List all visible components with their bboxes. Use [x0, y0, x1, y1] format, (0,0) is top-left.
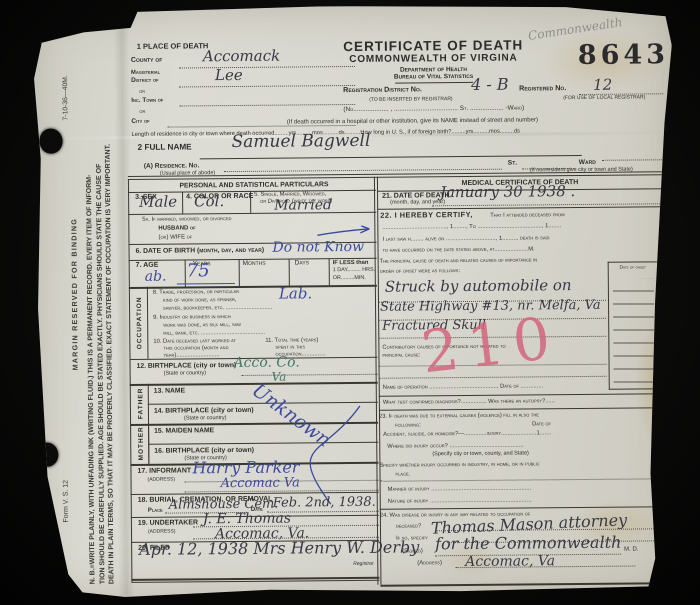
item10-line3: year)........................... — [163, 352, 219, 359]
full-name-line — [200, 155, 582, 159]
registered-no-value: 12 — [593, 78, 612, 93]
item8-value: Lab. — [279, 286, 312, 301]
age-divider-4 — [329, 258, 330, 285]
punch-hole-top — [39, 129, 62, 154]
item16-label: 16. BIRTHPLACE (city or town) — [154, 447, 254, 455]
city-label: City of — [131, 119, 149, 126]
item19-note: (ADDRESS) — [148, 530, 176, 535]
certificate-paper: 7-10-36—40M. MARGIN RESERVED FOR BINDING… — [25, 3, 678, 601]
item12-line — [242, 374, 378, 376]
margin-binding-note: MARGIN RESERVED FOR BINDING — [69, 218, 79, 371]
rule-l172 — [128, 212, 376, 215]
full-name-label: 2 FULL NAME — [138, 143, 192, 152]
item23-where: Where did injury occur? ................… — [387, 443, 523, 450]
item18-date-value: Feb. 2nd, 1938. — [273, 496, 376, 510]
item23-spec1: Specify whether injury occurred in indus… — [379, 461, 539, 468]
title-block: CERTIFICATE OF DEATH COMMONWEALTH OF VIR… — [316, 38, 551, 84]
age-ink-line — [177, 283, 235, 285]
signed-md-label: M. D. — [624, 547, 638, 553]
certificate-number-stamp: 8643 — [578, 39, 669, 71]
rule-l245 — [129, 285, 377, 289]
item15-label: 15. MAIDEN NAME — [154, 427, 214, 435]
item12-value2: Va — [272, 371, 287, 383]
item21-value: January 30 1938 . — [440, 184, 575, 200]
age-days-header: Days — [295, 260, 309, 267]
bureau-label: Bureau of Vital Statistics — [316, 74, 551, 83]
item17-label: 17. INFORMANT — [137, 467, 191, 475]
county-value: Accomack — [203, 49, 280, 65]
arrow-icon — [315, 224, 377, 239]
item19-label: 19. UNDERTAKER — [138, 519, 198, 527]
personal-particulars-title: PERSONAL AND STATISTICAL PARTICULARS — [132, 181, 376, 190]
item17-note: (ADDRESS) — [148, 478, 176, 483]
place-of-death-label: 1 PLACE OF DEATH — [137, 42, 209, 50]
item23-line3: Accident, suicide, or homicide?—........… — [383, 430, 551, 438]
item23-where-note: (Specify city or town, county, and State… — [432, 451, 529, 458]
age-divider-3 — [289, 259, 290, 286]
item24-line2: deceased? — [396, 523, 421, 529]
color-race-value: Col. — [194, 194, 224, 209]
contributory-line2: principal cause: — [382, 352, 420, 358]
item22-line6: order of onset were as follows: — [380, 268, 460, 275]
dob-label: 6. DATE OF BIRTH (month, day, and year) — [136, 247, 265, 255]
item22-line2: ........................................… — [382, 223, 561, 231]
item12-note: (State or country) — [164, 371, 207, 377]
manner-line: Manner of injury .......................… — [388, 485, 532, 492]
margin-form-number: Form V. S. 12 — [63, 480, 70, 523]
rule-l342 — [130, 382, 378, 386]
certificate-subtitle: COMMONWEALTH OF VIRGINA — [316, 53, 551, 66]
item17-value1: Harry Parker — [192, 459, 299, 476]
residence-ward-line — [602, 159, 664, 161]
residence-line — [224, 169, 502, 172]
item9-line3: mill, bank, etc. .......................… — [163, 330, 265, 337]
full-name-value: Samuel Bagwell — [232, 133, 371, 151]
nature-line: Nature of injury .......................… — [388, 497, 532, 504]
local-registrar-note: (FOR USE OF LOCAL REGISTRAR) — [563, 95, 645, 101]
registered-no-label: Registered No. — [519, 84, 566, 92]
district-label: District of — [131, 78, 159, 85]
item8-line2: kind of work done, as spinner, — [163, 297, 237, 304]
registration-district-label: Registration District No. — [343, 85, 422, 93]
registrar-label: Registrar — [353, 562, 373, 567]
registrar-insert-note: (TO BE INSERTED BY REGISTRAR) — [369, 97, 452, 103]
item23-line2: following: — [395, 422, 421, 428]
age-months-header: Months — [243, 261, 266, 268]
county-label: County of — [131, 57, 163, 65]
residence-st-label: St. — [508, 161, 517, 168]
item23-spec2: place. — [395, 471, 410, 477]
cause-value-1: Struck by automobile on — [385, 278, 572, 295]
or-label-2: or — [139, 109, 145, 115]
inc-town-label: Inc. Town of — [131, 98, 163, 105]
item23-line1: 23. If death was due to external causes … — [379, 412, 539, 419]
item19-value1: J. E. Thomas — [203, 512, 291, 527]
mother-vertical-label: MOTHER — [135, 423, 148, 463]
cell-divider-sex — [182, 191, 183, 213]
rule-r169 — [377, 206, 664, 210]
hospital-note: (If death occurred in a hospital or othe… — [161, 116, 663, 127]
item22-rest: That I attended deceased from — [490, 212, 564, 219]
item22-label: 22. I HEREBY CERTIFY, — [380, 211, 473, 220]
marital-value: Married — [274, 198, 332, 213]
item5a-line3: (or) WIFE of — [158, 234, 192, 241]
age-if-less-1: IF LESS than — [333, 260, 369, 266]
district-line — [179, 85, 355, 88]
item22-line4: to have occurred on the date stated abov… — [383, 246, 535, 253]
age-if-less-2: 1 DAY,........ HRS. — [333, 268, 375, 274]
photo-background: 7-10-36—40M. MARGIN RESERVED FOR BINDING… — [0, 0, 700, 605]
item21-note: (month, day, and year) — [390, 200, 445, 206]
or-label-1: or — [139, 89, 145, 95]
age-value-num: 75 — [187, 262, 210, 280]
red-crayon-code: 210 — [418, 303, 563, 386]
item22-line3: I last saw h........ alive on ..........… — [382, 235, 549, 243]
item5a-line2: HUSBAND of — [158, 225, 195, 232]
item22-line5: The principal cause of death and related… — [380, 257, 538, 264]
item10-line1: 10. Date deceased last worked at — [153, 338, 236, 345]
residence-abode-note: (Usual place of abode) — [160, 171, 215, 177]
certificate-form: 1 PLACE OF DEATH County of Accomack Magi… — [131, 37, 668, 598]
age-divider-2 — [239, 259, 240, 286]
date-of-onset-box: Date of onset — [608, 261, 660, 389]
residence-ward-label: Ward — [579, 160, 596, 167]
margin-nb-note: N. B.=WRITE PLAINLY, WITH UNFADING INK (… — [85, 144, 117, 584]
rule-r469 — [380, 506, 667, 510]
occupation-divider — [147, 287, 149, 359]
item14-label: 14. BIRTHPLACE (city or town) — [154, 407, 254, 415]
rule-r370 — [379, 407, 666, 411]
rule-r545 — [380, 582, 667, 587]
item20-value: Apr. 12, 1938 Mrs Henry W. Derby — [139, 539, 419, 557]
item12-value1: Acco. Co. — [233, 355, 299, 370]
signed-value-2: for the Commonwealth — [435, 535, 621, 553]
item12-label: 12. BIRTHPLACE (city or town) — [137, 362, 237, 370]
item9-line1: 9. Industry or business in which — [153, 314, 231, 321]
item8-line3: sawyer, bookkeeper, etc. ...............… — [163, 305, 272, 312]
age-if-less-3: OR.........MIN. — [333, 276, 366, 282]
item23-blank — [381, 478, 655, 481]
item17-value2: Accomac Va — [221, 476, 300, 490]
punch-hole-bottom — [36, 443, 58, 467]
item23-dateof: Date of — [532, 421, 551, 427]
item11-line1: 11. Total time (years) — [265, 337, 318, 344]
item18-place-label: Place — [148, 508, 163, 514]
margin-print-code: 7-10-36—40M. — [62, 75, 69, 120]
address-label: (Address) — [417, 560, 442, 567]
date-of-onset-label: Date of onset — [609, 265, 657, 271]
item11-line2: spent in this — [275, 344, 305, 350]
occupation-vertical-label: OCCUPATION — [133, 288, 146, 358]
sex-value: Male — [139, 195, 177, 210]
address-value: Accomac, Va — [465, 554, 555, 569]
dob-value: Do not Know — [272, 240, 364, 255]
magisterial-label: Magisterial — [131, 70, 160, 76]
residence-nonresident-note: (If nonresident give city or town and St… — [530, 168, 633, 175]
date-of-onset-lines — [613, 278, 655, 385]
rule-r356 — [379, 393, 666, 397]
item18-place-value: Almshouse Cem. — [169, 498, 279, 512]
street-ward-line: (No.................... , ..............… — [343, 105, 524, 113]
age-value-ab: ab. — [145, 270, 167, 284]
father-vertical-label: FATHER — [134, 383, 147, 423]
district-value: Lee — [215, 68, 243, 83]
item8-line1: 8. Trade, profession, or particular — [153, 289, 239, 296]
inc-town-line — [179, 104, 355, 107]
registration-district-value: 4 - B — [471, 77, 509, 93]
item5a-line1: 5a. If married, widowed, or divorced — [142, 216, 231, 223]
test-line: What test confirmed diagnosis?..........… — [383, 398, 555, 406]
item9-line2: work was done, as silk mill, saw — [163, 322, 241, 329]
item14-note: (State or country) — [184, 416, 227, 422]
item13-label: 13. NAME — [154, 387, 185, 394]
item10-line2: this occupation (month and — [163, 345, 228, 352]
operation-line: Name of operation ......................… — [383, 383, 543, 390]
